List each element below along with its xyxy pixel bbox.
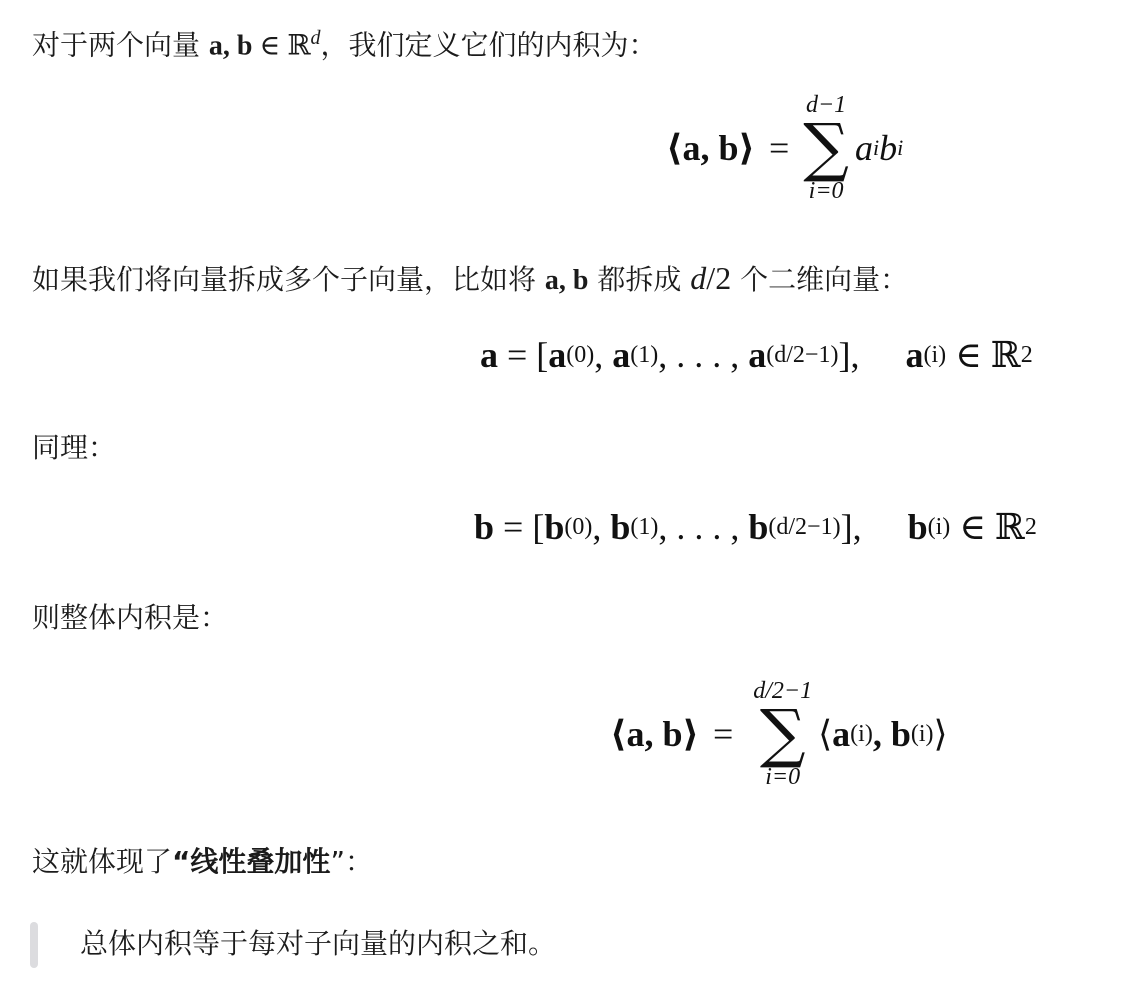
- text: 个二维向量：: [731, 263, 908, 296]
- sum-lower: i=0: [765, 764, 800, 790]
- paragraph-inner-product-definition: 对于两个向量 a, b ∈ ℝd，我们定义它们的内积为：: [32, 18, 657, 66]
- math-vectors: a, b: [209, 30, 253, 61]
- dim-2: 2: [1025, 514, 1037, 541]
- sigma-symbol: ∑: [803, 118, 849, 178]
- eq-lhs: ⟨a, b⟩: [610, 713, 699, 755]
- blockquote-bar: [30, 922, 38, 968]
- sup-i: (i): [911, 721, 934, 748]
- eq-equals-bracket: = [: [498, 334, 548, 376]
- bold-term: 线性叠加性: [190, 845, 330, 878]
- summation: d−1 ∑ i=0: [803, 92, 849, 204]
- sup-0: (0): [566, 342, 594, 369]
- comma: ,: [873, 713, 891, 755]
- text: 同理：: [32, 431, 116, 464]
- vec-bi: b: [908, 506, 928, 548]
- text: 则整体内积是：: [32, 601, 228, 634]
- text: 都拆成: [588, 263, 690, 296]
- eq-equals: =: [713, 713, 733, 755]
- vec-ai: a: [832, 713, 850, 755]
- term-b: b: [879, 127, 897, 169]
- math-vectors: a, b: [545, 265, 589, 296]
- equation-inner-product-sum: ⟨a, b⟩ = d−1 ∑ i=0 aibi: [666, 92, 903, 204]
- eq-equals-bracket: = [: [494, 506, 544, 548]
- sup-i: (i): [850, 721, 873, 748]
- math-reals: ℝ: [287, 28, 310, 61]
- paragraph-similarly: 同理：: [32, 428, 116, 468]
- paragraph-linear-superposition: 这就体现了“线性叠加性”：: [32, 842, 373, 882]
- paragraph-split-vectors: 如果我们将向量拆成多个子向量，比如将 a, b 都拆成 d/2 个二维向量：: [32, 258, 908, 301]
- dim-2: 2: [1021, 342, 1033, 369]
- angle-close: ⟩: [934, 713, 948, 755]
- text: ，我们定义它们的内积为：: [321, 28, 657, 61]
- equation-block-sum: ⟨a, b⟩ = d/2−1 ∑ i=0 ⟨ a(i), b(i) ⟩: [610, 678, 948, 790]
- ellipsis: , . . . ,: [658, 506, 748, 548]
- eq-lhs: b: [474, 506, 494, 548]
- sup-i: (i): [928, 514, 951, 541]
- math-dim: d: [311, 27, 321, 49]
- quote-open: “: [172, 845, 190, 878]
- text: ：: [345, 845, 373, 878]
- summation: d/2−1 ∑ i=0: [753, 678, 812, 790]
- text: 这就体现了: [32, 845, 172, 878]
- vec-bn: b: [748, 506, 768, 548]
- eq-lhs: a: [480, 334, 498, 376]
- sup-0: (0): [564, 514, 592, 541]
- ellipsis: , . . . ,: [658, 334, 748, 376]
- vec-ai: a: [905, 334, 923, 376]
- equation-a-decomposition: a = [ a(0), a(1) , . . . , a(d/2−1) ], a…: [480, 334, 1033, 376]
- paragraph-total-inner-product: 则整体内积是：: [32, 598, 228, 638]
- math-half: /2: [706, 260, 731, 296]
- vec-an: a: [748, 334, 766, 376]
- math-d: d: [690, 260, 706, 296]
- quote-close: ”: [330, 845, 345, 878]
- text: 如果我们将向量拆成多个子向量，比如将: [32, 263, 545, 296]
- in-reals: ∈ ℝ: [946, 334, 1021, 376]
- vec-b0: b: [544, 506, 564, 548]
- math-in: ∈: [252, 30, 287, 61]
- text: 对于两个向量: [32, 28, 209, 61]
- sup-i: (i): [923, 342, 946, 369]
- in-reals: ∈ ℝ: [950, 506, 1025, 548]
- vec-a1: a: [612, 334, 630, 376]
- vec-bi: b: [891, 713, 911, 755]
- angle-open: ⟨: [818, 713, 832, 755]
- sup-n: (d/2−1): [766, 342, 838, 369]
- eq-equals: =: [769, 127, 789, 169]
- close-bracket: ],: [838, 334, 859, 376]
- eq-lhs: ⟨a, b⟩: [666, 127, 755, 169]
- sum-lower: i=0: [809, 178, 844, 204]
- close-bracket: ],: [841, 506, 862, 548]
- vec-a0: a: [548, 334, 566, 376]
- sup-1: (1): [630, 342, 658, 369]
- blockquote-text: 总体内积等于每对子向量的内积之和。: [80, 924, 556, 964]
- sup-n: (d/2−1): [768, 514, 840, 541]
- term-b-index: i: [897, 135, 903, 161]
- vec-b1: b: [610, 506, 630, 548]
- equation-b-decomposition: b = [ b(0), b(1) , . . . , b(d/2−1) ], b…: [474, 506, 1037, 548]
- sigma-symbol: ∑: [760, 704, 806, 764]
- term-a: a: [855, 127, 873, 169]
- sup-1: (1): [630, 514, 658, 541]
